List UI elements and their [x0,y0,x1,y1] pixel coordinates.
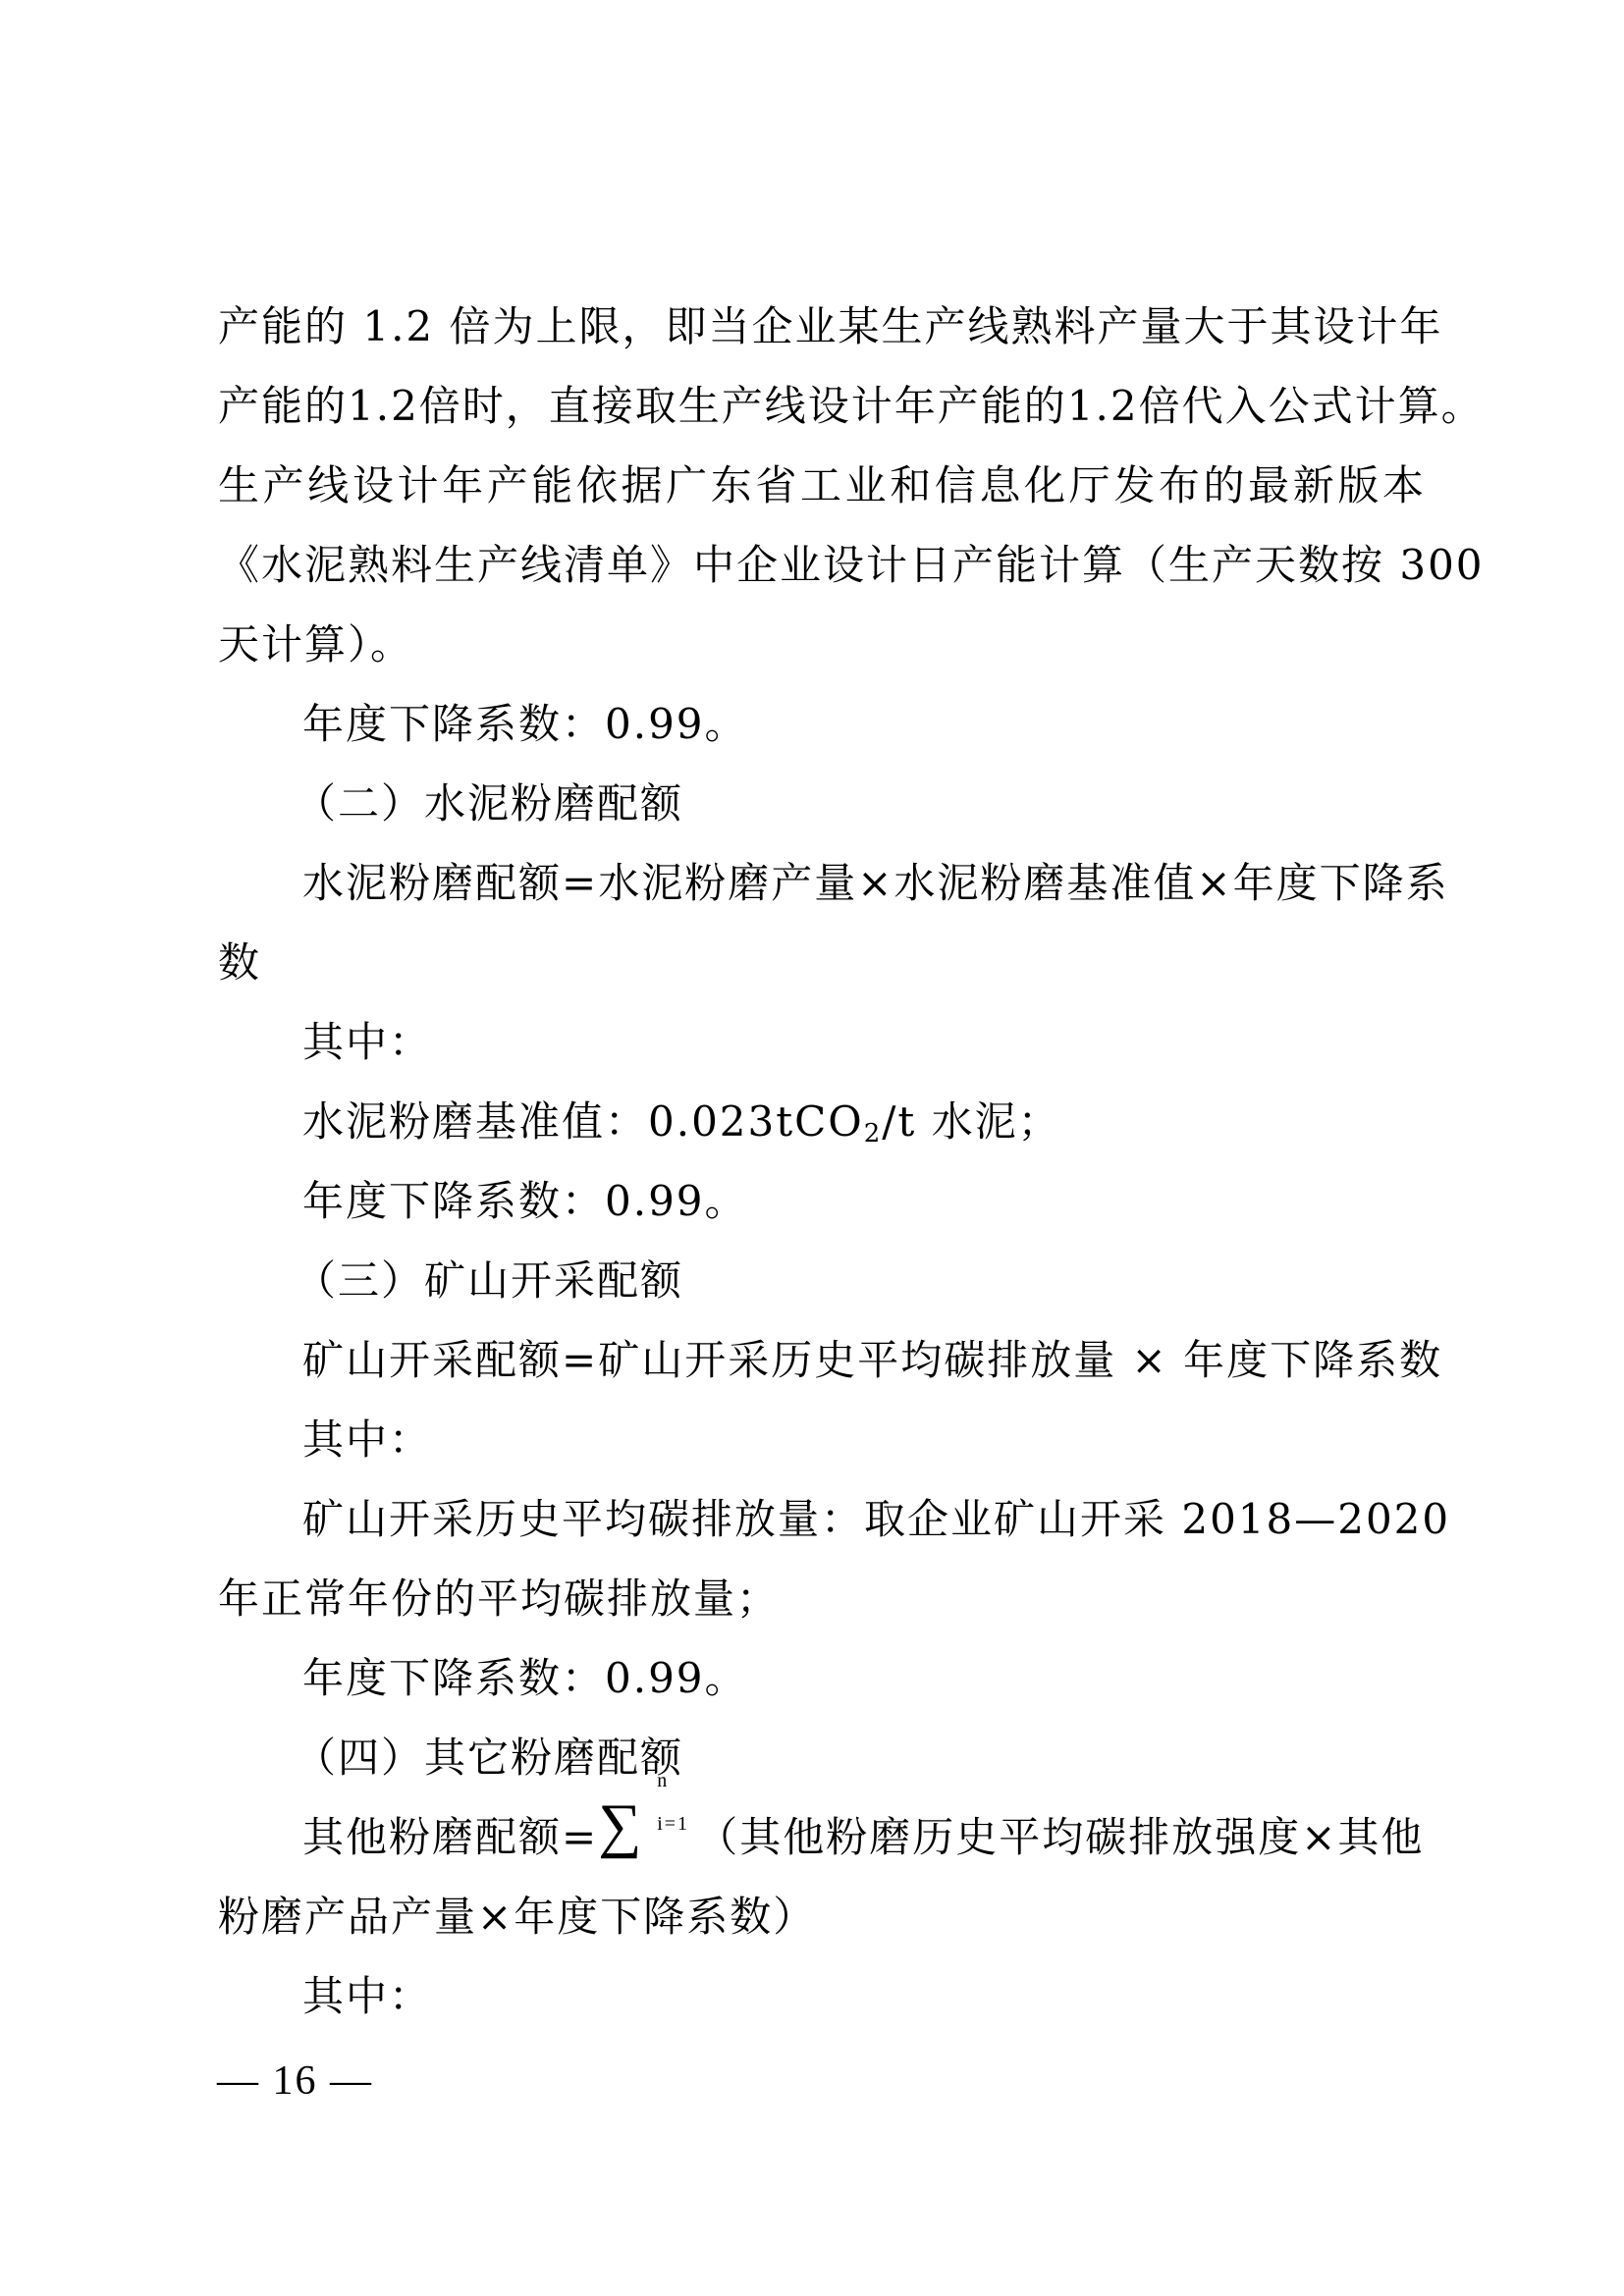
co2-subscript: 2 [864,1119,883,1148]
cement-grinding-formula-cont: 数 [218,923,1426,1002]
page-number: — 16 — [217,2056,373,2106]
other-grinding-formula-cont: 粉磨产品产量×年度下降系数） [218,1877,1426,1956]
section-heading-cement-grinding: （二）水泥粉磨配额 [218,764,1426,843]
paragraph-line: 《水泥熟料生产线清单》中企业设计日产能计算（生产天数按 300 [218,525,1426,605]
where-label: 其中： [218,1956,1426,2036]
cement-grinding-benchmark: 水泥粉磨基准值：0.023tCO2/t 水泥； [218,1082,1426,1161]
benchmark-prefix: 水泥粉磨基准值：0.023tCO [302,1097,864,1146]
cement-decline-coefficient: 年度下降系数：0.99。 [218,1161,1426,1241]
mining-decline-coefficient: 年度下降系数：0.99。 [218,1638,1426,1718]
where-label: 其中： [218,1002,1426,1082]
mining-history-definition-cont: 年正常年份的平均碳排放量； [218,1559,1426,1638]
other-grinding-formula: 其他粉磨配额=∑ni=1（其他粉磨历史平均碳排放强度×其他 [218,1797,1426,1877]
mining-formula: 矿山开采配额=矿山开采历史平均碳排放量 × 年度下降系数 [218,1320,1426,1400]
sigma-icon: ∑ [598,1787,643,1865]
paragraph-line: 天计算）。 [218,605,1426,684]
section-heading-mining: （三）矿山开采配额 [218,1241,1426,1320]
where-label: 其中： [218,1400,1426,1479]
paragraph-line: 产能的1.2倍时，直接取生产线设计年产能的1.2倍代入公式计算。 [218,366,1426,446]
mining-history-definition: 矿山开采历史平均碳排放量：取企业矿山开采 2018—2020 [218,1479,1426,1559]
paragraph-line: 产能的 1.2 倍为上限，即当企业某生产线熟料产量大于其设计年 [218,287,1426,366]
summation-symbol: ∑ni=1 [598,1798,696,1857]
section-heading-other-grinding: （四）其它粉磨配额 [218,1718,1426,1797]
sigma-lower-limit: i=1 [657,1814,689,1834]
clinker-decline-coefficient: 年度下降系数：0.99。 [218,684,1426,764]
paragraph-line: 生产线设计年产能依据广东省工业和信息化厅发布的最新版本 [218,446,1426,525]
formula-rest: （其他粉磨历史平均碳排放强度×其他 [696,1813,1424,1861]
formula-prefix: 其他粉磨配额= [302,1813,598,1861]
cement-grinding-formula: 水泥粉磨配额=水泥粉磨产量×水泥粉磨基准值×年度下降系 [218,843,1426,923]
benchmark-suffix: /t 水泥； [882,1097,1060,1146]
document-body: 产能的 1.2 倍为上限，即当企业某生产线熟料产量大于其设计年 产能的1.2倍时… [218,287,1426,2036]
sigma-upper-limit: n [657,1771,669,1790]
